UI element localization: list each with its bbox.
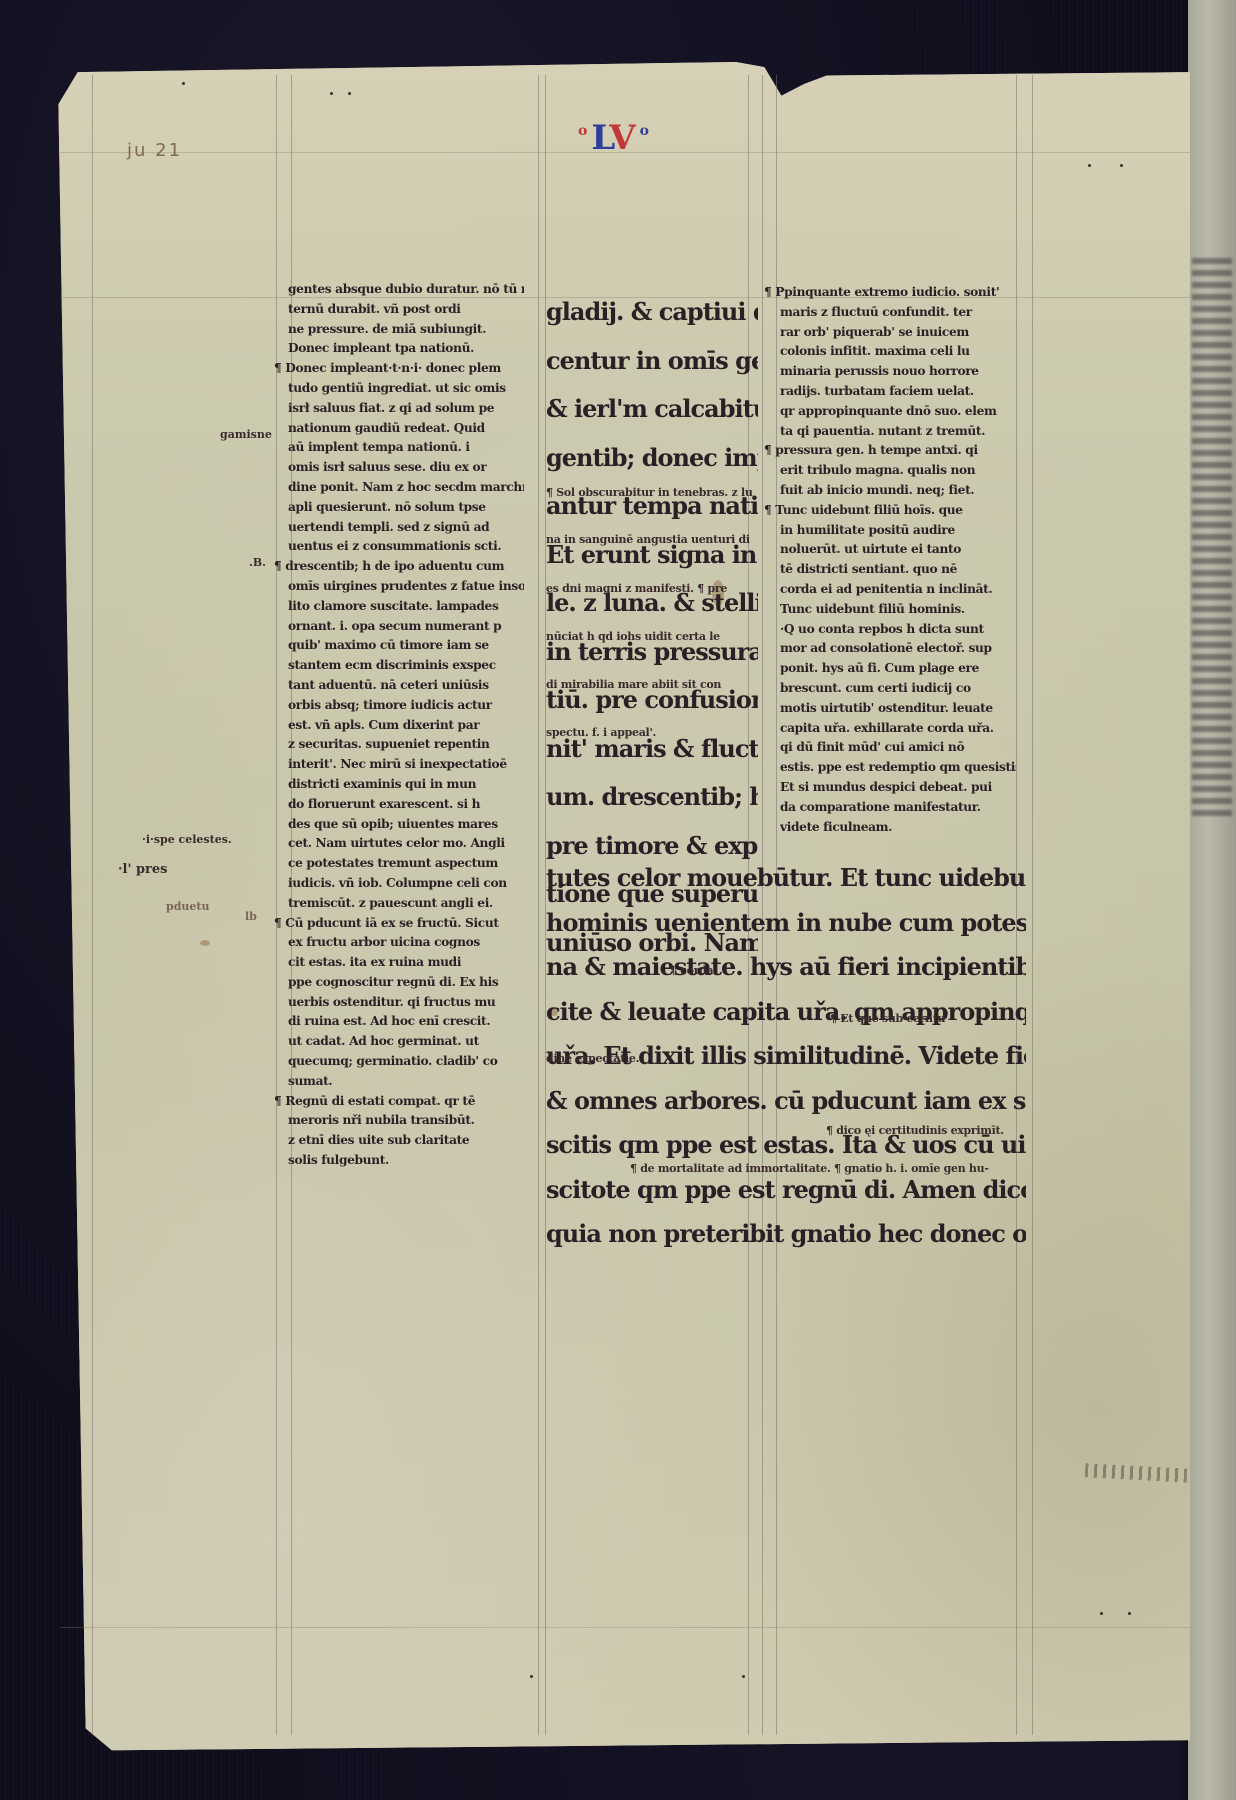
gloss-line: tudo gentiū ingrediat. ut sic omis <box>288 379 524 399</box>
gloss-line: stantem ecm discriminis exspec <box>288 656 524 676</box>
gloss-line: colonis infitit. maxima celi lu <box>780 342 1016 362</box>
gloss-line: ·Q uo conta repbos h dicta sunt <box>780 620 1016 640</box>
adjacent-folio-edge <box>1188 0 1236 1800</box>
gloss-line: corda ei ad penitentia n inclināt. <box>780 580 1016 600</box>
gloss-line: aū implent tempa nationū. i <box>288 438 524 458</box>
pricking-mark <box>348 92 351 95</box>
gloss-line: dine ponit. Nam z hoc secdm marchm <box>288 478 524 498</box>
ruling-line <box>538 75 539 1735</box>
interlinear-gloss: ¶ dico ęi certitudinis exprimīt. <box>826 1124 1004 1137</box>
margin-note: .B. <box>249 556 266 569</box>
text-line: gentib; donec imple <box>546 434 758 483</box>
gloss-line: Donec impleant tpa nationū. <box>288 339 524 359</box>
interlinear-gloss: ¶ Et que sub cerntu <box>830 1012 945 1025</box>
gloss-line: lito clamore suscitate. lampades <box>288 597 524 617</box>
adjacent-folio-text-bleed <box>1192 258 1232 818</box>
gloss-line: gentes absque dubio duratur. nō tū me <box>288 280 524 300</box>
gloss-line: tremiscūt. z pauescunt angli ei. <box>288 894 524 914</box>
interlinear-gloss: nūciat h qd iohs uidit certa le <box>546 630 720 643</box>
pricking-mark <box>1088 164 1091 167</box>
gloss-line: in humilitate positū audire <box>780 521 1016 541</box>
gloss-line: ut cadat. Ad hoc germinat. ut <box>288 1032 524 1052</box>
text-line: um. drescentib; hoib; <box>546 773 758 822</box>
gloss-line: do floruerunt exarescent. si h <box>288 795 524 815</box>
gloss-line: z etnī dies uite sub claritate <box>288 1131 524 1151</box>
gloss-line: ta qi pauentia. nutant z tremūt. <box>780 422 1016 442</box>
gloss-line: ponit. hys aū fi. Cum plage ere <box>780 659 1016 679</box>
gloss-line: cet. Nam uirtutes celor mo. Angli <box>288 834 524 854</box>
gloss-line: cit estas. ita ex ruina mudi <box>288 953 524 973</box>
interlinear-gloss: spectu. f. i appeal'. <box>546 726 656 739</box>
gloss-line: ornant. i. opa secum numerant p <box>288 617 524 637</box>
gloss-line: ¶ Tunc uidebunt filiū hoīs. que <box>764 501 1016 521</box>
interlinear-gloss: di mirabilia mare abiit sit con <box>546 678 721 691</box>
gloss-line: apli quesierunt. nō solum tpse <box>288 498 524 518</box>
gloss-line: capita uřa. exhillarate corda uřa. <box>780 719 1016 739</box>
text-line: & ierl'm calcabitur a <box>546 385 758 434</box>
pencil-annotation: ju 21 <box>127 140 182 161</box>
folio-letter-l: L <box>591 118 609 158</box>
text-line: cite & leuate capita uřa. qm appropinqua… <box>546 990 1026 1035</box>
folio-mark-right: o <box>640 123 647 139</box>
gloss-line: quib' maximo cū timore iam se <box>288 636 524 656</box>
gloss-line: brescunt. cum certi iudicij co <box>780 679 1016 699</box>
interlinear-gloss: ¶ corda. <box>670 964 717 977</box>
interlinear-gloss: ¶ de mortalitate ad immortalitate. ¶ gna… <box>630 1162 989 1175</box>
gloss-line: tant aduentū. nā ceteri uniūsis <box>288 676 524 696</box>
gloss-line: videte ficulneam. <box>780 818 1016 838</box>
margin-note: pduetu <box>166 900 209 913</box>
gloss-line: da comparatione manifestatur. <box>780 798 1016 818</box>
gloss-line: est. vñ apls. Cum dixerint par <box>288 716 524 736</box>
pricking-mark <box>330 92 333 95</box>
gloss-line: motis uirtutib' ostenditur. leuate <box>780 699 1016 719</box>
gloss-line: omis isrł saluus sese. diu ex or <box>288 458 524 478</box>
pricking-mark <box>1120 164 1123 167</box>
gloss-line: mor ad consolationē electoř. sup <box>780 639 1016 659</box>
margin-note: lb <box>245 910 257 923</box>
folio-letter-v: V <box>609 118 633 158</box>
interlinear-gloss: ¶ Sol obscurabitur in tenebras. z lu <box>546 486 753 499</box>
ruling-line <box>92 75 93 1735</box>
gloss-line: z securitas. supueniet repentin <box>288 735 524 755</box>
gloss-line: ¶ Cū pducunt iā ex se fructū. Sicut <box>274 914 524 934</box>
text-line: tutes celor mouebūtur. Et tunc uidebunt … <box>546 856 1026 901</box>
gloss-line: uertendi templi. sed z signū ad <box>288 518 524 538</box>
gloss-line: ternū durabit. vñ post ordi <box>288 300 524 320</box>
gloss-line: ¶ pressura gen. h tempe antxi. qi <box>764 441 1016 461</box>
gloss-line: ppe cognoscitur regnū di. Ex his <box>288 973 524 993</box>
pricking-mark <box>182 82 185 85</box>
gloss-line: quecumq; germinatio. cladib' co <box>288 1052 524 1072</box>
gloss-line: meroris nři nubila transibūt. <box>288 1111 524 1131</box>
gloss-line: ¶ drescentib; h de ipo aduentu cum <box>274 557 524 577</box>
pricking-mark <box>1128 1612 1131 1615</box>
gloss-line: solis fulgebunt. <box>288 1151 524 1171</box>
gloss-line: nationum gaudiū redeat. Quid <box>288 419 524 439</box>
gloss-line: ce potestates tremunt aspectum <box>288 854 524 874</box>
gloss-line: ex fructu arbor uicina cognos <box>288 933 524 953</box>
text-line: & omnes arbores. cū pducunt iam ex se fr… <box>546 1079 1026 1124</box>
text-line: centur in omīs gentes. <box>546 337 758 386</box>
text-line: gladij. & captiui du <box>546 288 758 337</box>
pricking-mark <box>742 1675 745 1678</box>
gloss-line: des que sū opib; uiuentes mares <box>288 815 524 835</box>
gloss-line: qr appropinquante dnō suo. elem <box>780 402 1016 422</box>
gloss-line: di ruina est. Ad hoc enī crescit. <box>288 1012 524 1032</box>
ink-stain <box>200 940 210 946</box>
text-line: quia non preteribit gnatio hec donec omn… <box>546 1212 1026 1257</box>
gloss-line: Tunc uidebunt filiū hominis. <box>780 600 1016 620</box>
interlinear-gloss: es dni magni z manifesti. ¶ pre <box>546 582 727 595</box>
ruling-line <box>60 1627 1190 1628</box>
gloss-line: minaria perussis nouo horrore <box>780 362 1016 382</box>
margin-note: ·i·spe celestes. <box>142 833 232 846</box>
gloss-line: tē districti sentiant. quo nē <box>780 560 1016 580</box>
pricking-mark <box>530 1675 533 1678</box>
gloss-column-left: gentes absque dubio duratur. nō tū me te… <box>288 280 524 1171</box>
gloss-line: uerbis ostenditur. qi fructus mu <box>288 993 524 1013</box>
gloss-line: interit'. Nec mirū si inexpectatioē <box>288 755 524 775</box>
text-line: na & maiestate. hys aū fieri incipientib… <box>546 945 1026 990</box>
interlinear-gloss: dine expectatie. <box>546 1052 639 1065</box>
gloss-line: maris z fluctuū confundit. ter <box>780 303 1016 323</box>
gloss-line: estis. ppe est redemptio qm quesistis. <box>780 758 1016 778</box>
gloss-line: ¶ Regnū di estati compat. qr tē <box>274 1092 524 1112</box>
gloss-line: radijs. turbatam faciem uelat. <box>780 382 1016 402</box>
gloss-line: orbis absq; timore iudicis actur <box>288 696 524 716</box>
ruling-line <box>1032 75 1033 1735</box>
gloss-line: omīs uirgines prudentes z fatue inso <box>288 577 524 597</box>
gloss-line: noluerūt. ut uirtute ei tanto <box>780 540 1016 560</box>
gloss-line: districti examinis qui in mun <box>288 775 524 795</box>
gloss-line: qi dū finit mūd' cui amici nō <box>780 738 1016 758</box>
gloss-line: uentus ei z consummationis scti. <box>288 537 524 557</box>
pricking-mark <box>1100 1612 1103 1615</box>
gloss-line: ne pressure. de miā subiungit. <box>288 320 524 340</box>
gloss-line: iudicis. vñ iob. Columpne celi con <box>288 874 524 894</box>
folio-number: oLVo <box>578 118 647 158</box>
margin-note: gamisne <box>220 428 272 441</box>
gloss-line: fuit ab inicio mundi. neq; fiet. <box>780 481 1016 501</box>
gloss-line: ¶ Ppinquante extremo iudicio. sonit' <box>764 283 1016 303</box>
gloss-column-right: ¶ Ppinquante extremo iudicio. sonit' mar… <box>780 283 1016 837</box>
margin-note: ·l' pres <box>118 862 168 877</box>
interlinear-gloss: na in sanguinē angustia uenturi di <box>546 533 750 546</box>
gloss-line: erit tribulo magna. qualis non <box>780 461 1016 481</box>
gloss-line: Et si mundus despici debeat. pui <box>780 778 1016 798</box>
gloss-line: ¶ Donec impleant·t·n·i· donec plem <box>274 359 524 379</box>
ruling-line <box>276 75 277 1735</box>
folio-mark-left: o <box>578 123 585 139</box>
gloss-line: isrł saluus fiat. z qi ad solum pe <box>288 399 524 419</box>
gloss-line: rar orb' piquerab' se inuicem <box>780 323 1016 343</box>
text-line: hominis uenientem in nube cum potestate … <box>546 901 1026 946</box>
gloss-line: sumat. <box>288 1072 524 1092</box>
